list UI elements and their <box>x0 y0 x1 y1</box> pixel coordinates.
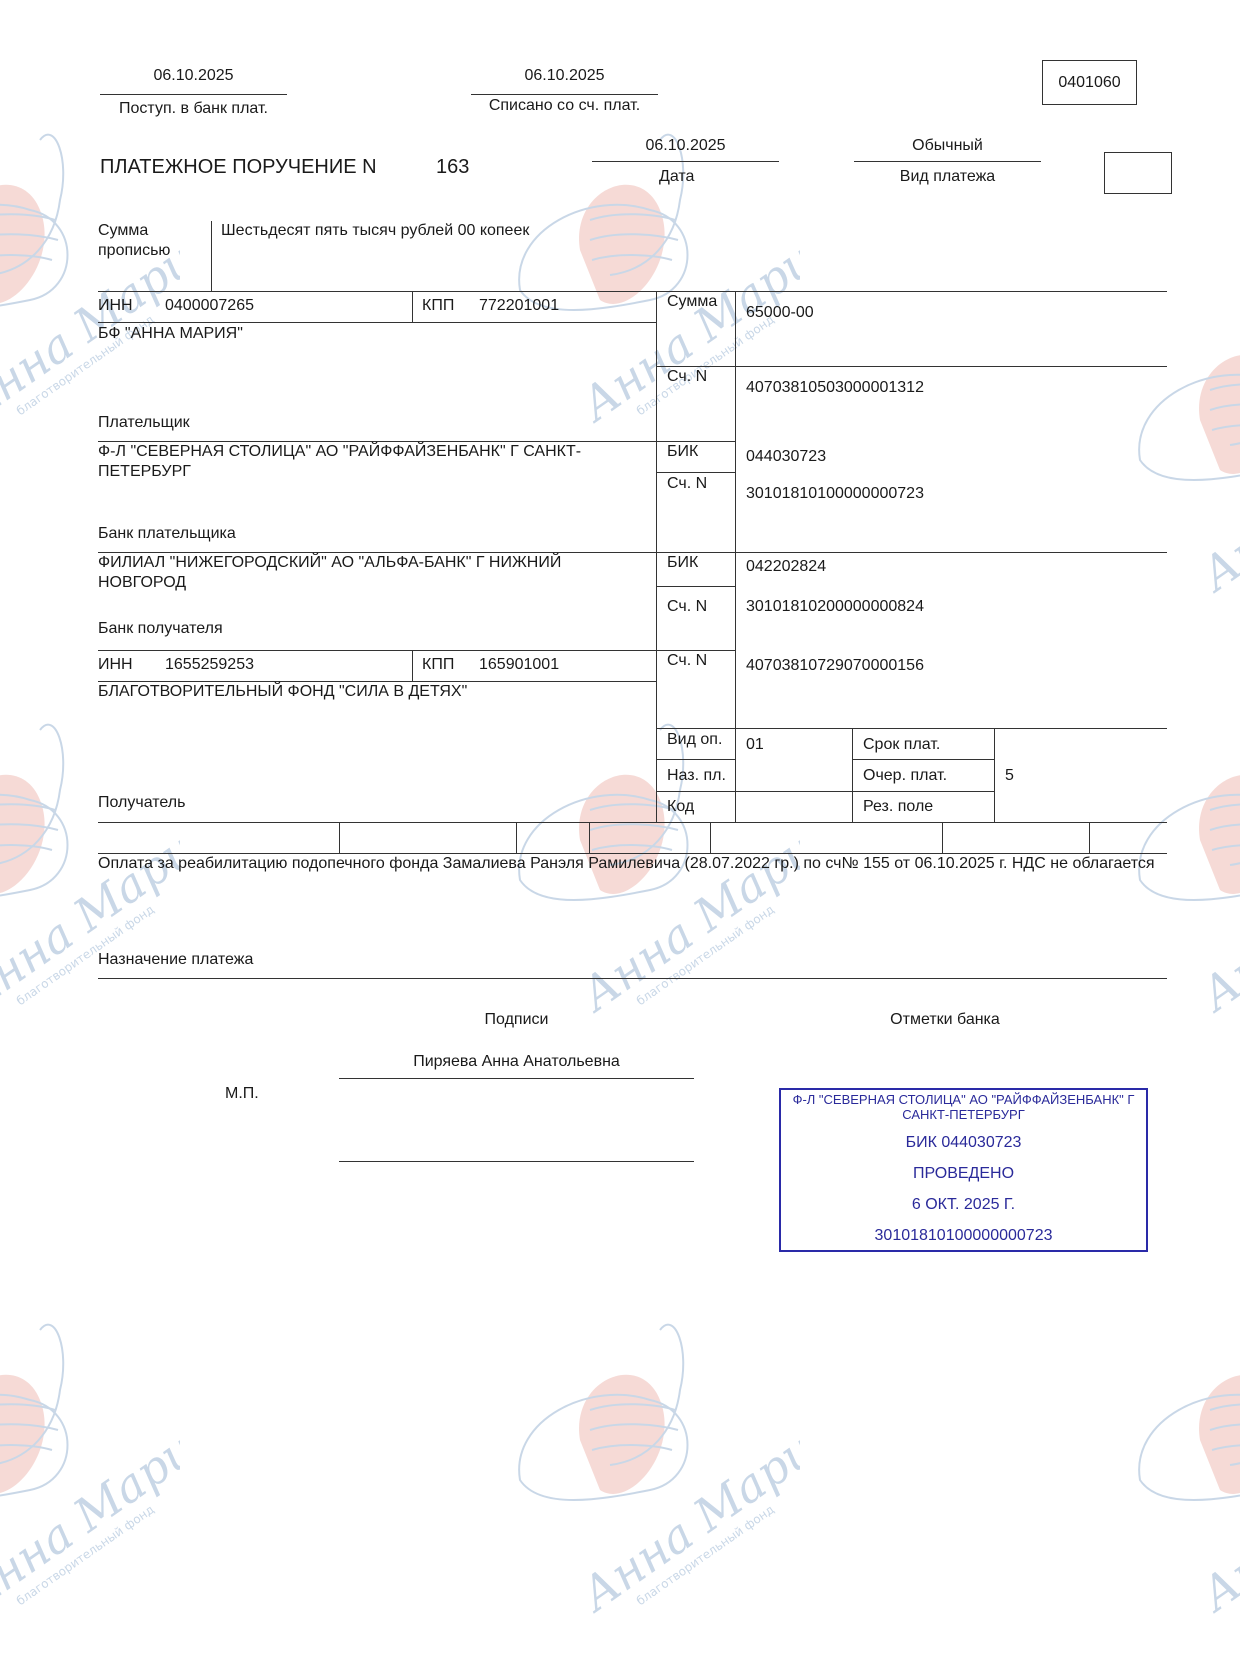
payer-inn-label: ИНН <box>98 296 133 315</box>
divider <box>1089 822 1090 853</box>
payment-type-label: Вид платежа <box>854 167 1041 186</box>
debited-label: Списано со сч. плат. <box>471 96 658 115</box>
divider <box>852 728 853 822</box>
code-label: Код <box>667 797 694 816</box>
svg-text:Анна Мария: Анна Мария <box>0 804 180 1020</box>
payment-purpose: Оплата за реабилитацию подопечного фонда… <box>98 854 1158 873</box>
payee-bank-label: Банк получателя <box>98 619 223 638</box>
bank-stamp: Ф-Л "СЕВЕРНАЯ СТОЛИЦА" АО "РАЙФФАЙЗЕНБАН… <box>779 1088 1148 1252</box>
priority-value: 5 <box>1005 766 1014 785</box>
payee-label: Получатель <box>98 793 185 812</box>
payee-bank-account: 30101810200000000824 <box>746 597 924 616</box>
divider <box>656 472 735 473</box>
watermark-logo-icon: Анна Марияблаготворительный фонд <box>1120 1290 1240 1620</box>
payee-bank-bik: 042202824 <box>746 557 826 576</box>
document-date-label: Дата <box>659 167 694 186</box>
divider <box>98 291 1167 292</box>
stamp-bank-line2: САНКТ-ПЕТЕРБУРГ <box>781 1107 1146 1122</box>
divider <box>98 978 1167 979</box>
op-type-label: Вид оп. <box>667 730 722 749</box>
signature-line <box>339 1161 694 1162</box>
divider <box>412 650 413 681</box>
divider <box>656 791 994 792</box>
payee-account: 40703810729070000156 <box>746 656 924 675</box>
svg-text:Анна Мария: Анна Мария <box>1189 384 1240 600</box>
received-date: 06.10.2025 <box>100 66 287 85</box>
stamp-status: ПРОВЕДЕНО <box>781 1164 1146 1183</box>
divider <box>98 322 656 323</box>
divider <box>592 161 779 162</box>
divider <box>339 822 340 853</box>
amount-words-label: Сумма прописью <box>98 221 208 261</box>
payer-bank-label: Банк плательщика <box>98 524 236 543</box>
divider <box>98 650 735 651</box>
form-code: 0401060 <box>1043 73 1136 92</box>
document-title: ПЛАТЕЖНОЕ ПОРУЧЕНИЕ N <box>100 155 377 179</box>
payee-name: БЛАГОТВОРИТЕЛЬНЫЙ ФОНД "СИЛА В ДЕТЯХ" <box>98 682 467 701</box>
stamp-account: 30101810100000000723 <box>781 1226 1146 1245</box>
svg-text:Анна Мария: Анна Мария <box>1189 1404 1240 1620</box>
divider <box>516 822 517 853</box>
divider <box>656 291 657 822</box>
divider <box>412 291 413 322</box>
signature-line <box>339 1078 694 1079</box>
form-code-box: 0401060 <box>1042 60 1137 105</box>
op-type: 01 <box>746 735 764 754</box>
bank-marks-title: Отметки банка <box>830 1010 1060 1029</box>
payee-account-label: Сч. N <box>667 651 707 670</box>
payer-bank-account: 30101810100000000723 <box>746 484 924 503</box>
payer-account: 40703810503000001312 <box>746 378 924 397</box>
payer-status-box <box>1104 152 1172 194</box>
divider <box>98 822 1167 823</box>
amount-words-value: Шестьдесят пять тысяч рублей 00 копеек <box>221 221 529 240</box>
purpose-code-label: Наз. пл. <box>667 766 726 785</box>
received-label: Поступ. в банк плат. <box>100 99 287 118</box>
svg-text:благотворительный фонд: благотворительный фонд <box>634 1502 777 1608</box>
watermark-logo-icon: Анна Марияблаготворительный фонд <box>0 100 180 430</box>
seal-label: М.П. <box>225 1084 259 1103</box>
svg-text:благотворительный фонд: благотворительный фонд <box>14 1502 157 1608</box>
divider <box>735 291 736 822</box>
divider <box>710 822 711 853</box>
payment-type: Обычный <box>854 136 1041 155</box>
stamp-date: 6 ОКТ. 2025 Г. <box>781 1195 1146 1214</box>
reserved-label: Рез. поле <box>863 797 933 816</box>
payee-bank-name: ФИЛИАЛ "НИЖЕГОРОДСКИЙ" АО "АЛЬФА-БАНК" Г… <box>98 553 638 593</box>
divider <box>211 221 212 291</box>
payer-name: БФ "АННА МАРИЯ" <box>98 324 243 343</box>
amount-value: 65000-00 <box>746 303 814 322</box>
payer-label: Плательщик <box>98 413 190 432</box>
divider <box>942 822 943 853</box>
watermark-logo-icon: Анна Марияблаготворительный фонд <box>0 1290 180 1620</box>
payer-bank-name: Ф-Л "СЕВЕРНАЯ СТОЛИЦА" АО "РАЙФФАЙЗЕНБАН… <box>98 442 638 482</box>
divider <box>656 366 1167 367</box>
stamp-bank-line1: Ф-Л "СЕВЕРНАЯ СТОЛИЦА" АО "РАЙФФАЙЗЕНБАН… <box>781 1092 1146 1107</box>
signer-name: Пиряева Анна Анатольевна <box>339 1052 694 1071</box>
watermark-logo-icon: Анна Марияблаготворительный фонд <box>1120 270 1240 600</box>
divider <box>994 728 995 822</box>
payer-account-label: Сч. N <box>667 367 707 386</box>
svg-text:Анна Мария: Анна Мария <box>1189 804 1240 1020</box>
payee-kpp: 165901001 <box>479 655 559 674</box>
divider <box>471 94 658 95</box>
debited-date: 06.10.2025 <box>471 66 658 85</box>
payee-bank-account-label: Сч. N <box>667 597 707 616</box>
payer-kpp-label: КПП <box>422 296 454 315</box>
stamp-bik: БИК 044030723 <box>781 1133 1146 1152</box>
divider <box>656 586 735 587</box>
payer-bank-bik: 044030723 <box>746 447 826 466</box>
payer-bank-account-label: Сч. N <box>667 474 707 493</box>
document-date: 06.10.2025 <box>592 136 779 155</box>
payment-purpose-label: Назначение платежа <box>98 950 253 969</box>
priority-label: Очер. плат. <box>863 766 947 785</box>
payee-inn-label: ИНН <box>98 655 133 674</box>
payer-inn: 0400007265 <box>165 296 254 315</box>
payer-kpp: 772201001 <box>479 296 559 315</box>
divider <box>854 161 1041 162</box>
divider <box>589 822 590 853</box>
amount-label: Сумма <box>667 292 717 311</box>
payer-bank-bik-label: БИК <box>667 442 698 461</box>
svg-text:Анна Мария: Анна Мария <box>569 1404 800 1620</box>
divider <box>656 759 735 760</box>
divider <box>656 728 1167 729</box>
watermark-logo-icon: Анна Марияблаготворительный фонд <box>500 1290 800 1620</box>
divider <box>100 94 287 95</box>
document-number: 163 <box>436 155 469 179</box>
payee-kpp-label: КПП <box>422 655 454 674</box>
svg-text:благотворительный фонд: благотворительный фонд <box>634 902 777 1008</box>
payee-bank-bik-label: БИК <box>667 553 698 572</box>
svg-text:Анна Мария: Анна Мария <box>569 804 800 1020</box>
signatures-title: Подписи <box>339 1010 694 1029</box>
divider <box>852 759 994 760</box>
svg-text:Анна Мария: Анна Мария <box>0 1404 180 1620</box>
due-label: Срок плат. <box>863 735 940 754</box>
payee-inn: 1655259253 <box>165 655 254 674</box>
